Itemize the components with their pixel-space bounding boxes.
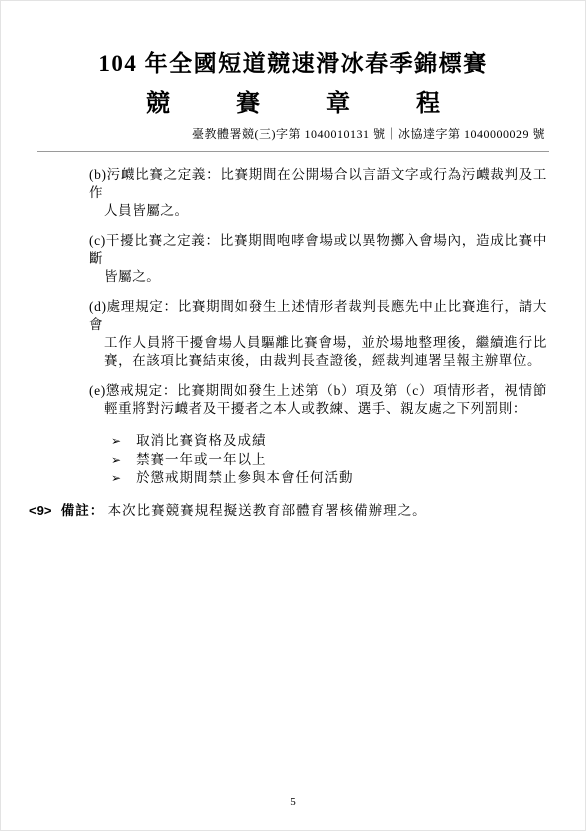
subtitle-char: 章 [326,83,350,118]
arrow-bullet-icon: ➢ [111,432,122,451]
footnote-text: 本次比賽競賽規程擬送教育部體育署核備辦理之。 [108,503,427,518]
paragraph-line: (b)污衊比賽之定義：比賽期間在公開場合以言語文字或行為污衊裁判及工作 [89,166,547,202]
penalty-list-item: ➢ 取消比賽資格及成績 [111,432,547,451]
arrow-bullet-icon: ➢ [111,451,122,470]
arrow-bullet-icon: ➢ [111,469,122,488]
paragraph-line: 皆屬之。 [89,268,547,286]
paragraph-line: (e)懲戒規定：比賽期間如發生上述第（b）項及第（c）項情形者，視情節 [89,382,547,400]
penalty-text: 禁賽一年或一年以上 [136,451,267,470]
paragraph-line: 人員皆屬之。 [89,202,547,220]
penalty-list-item: ➢ 於懲戒期間禁止參與本會任何活動 [111,469,547,488]
footnote-marker: <9> [29,503,51,518]
document-page: 104 年全國短道競速滑冰春季錦標賽 競 賽 章 程 臺教體署競(三)字第 10… [0,0,586,831]
subtitle-char: 競 [146,83,170,118]
reference-number-line: 臺教體署競(三)字第 1040010131 號｜冰協達字第 1040000029… [1,125,585,142]
subtitle-char: 賽 [236,83,260,118]
paragraph-line: 輕重將對污衊者及干擾者之本人或教練、選手、親友處之下列罰則： [89,400,547,418]
paragraph-line: (c)干擾比賽之定義：比賽期間咆哮會場或以異物擲入會場內，造成比賽中斷 [89,232,547,268]
header-divider [37,151,549,152]
paragraph-line: 工作人員將干擾會場人員驅離比賽會場，並於場地整理後，繼續進行比 [89,334,547,352]
document-title: 104 年全國短道競速滑冰春季錦標賽 [1,45,585,78]
footnote-label: 備註： [61,503,105,518]
paragraph-e: (e)懲戒規定：比賽期間如發生上述第（b）項及第（c）項情形者，視情節 輕重將對… [89,382,547,418]
penalty-text: 取消比賽資格及成績 [136,432,267,451]
penalty-text: 於懲戒期間禁止參與本會任何活動 [136,469,354,488]
subtitle-char: 程 [416,83,440,118]
document-body: (b)污衊比賽之定義：比賽期間在公開場合以言語文字或行為污衊裁判及工作 人員皆屬… [89,166,547,488]
footnote-remarks: <9> 備註： 本次比賽競賽規程擬送教育部體育署核備辦理之。 [29,502,547,520]
paragraph-line: (d)處理規定：比賽期間如發生上述情形者裁判長應先中止比賽進行，請大會 [89,298,547,334]
paragraph-d: (d)處理規定：比賽期間如發生上述情形者裁判長應先中止比賽進行，請大會 工作人員… [89,298,547,370]
page-number: 5 [1,796,585,808]
penalty-list-item: ➢ 禁賽一年或一年以上 [111,451,547,470]
paragraph-c: (c)干擾比賽之定義：比賽期間咆哮會場或以異物擲入會場內，造成比賽中斷 皆屬之。 [89,232,547,286]
penalty-list: ➢ 取消比賽資格及成績 ➢ 禁賽一年或一年以上 ➢ 於懲戒期間禁止參與本會任何活… [111,432,547,488]
paragraph-line: 賽，在該項比賽結束後，由裁判長查證後，經裁判連署呈報主辦單位。 [89,352,547,370]
paragraph-b: (b)污衊比賽之定義：比賽期間在公開場合以言語文字或行為污衊裁判及工作 人員皆屬… [89,166,547,220]
document-subtitle: 競 賽 章 程 [1,83,585,118]
